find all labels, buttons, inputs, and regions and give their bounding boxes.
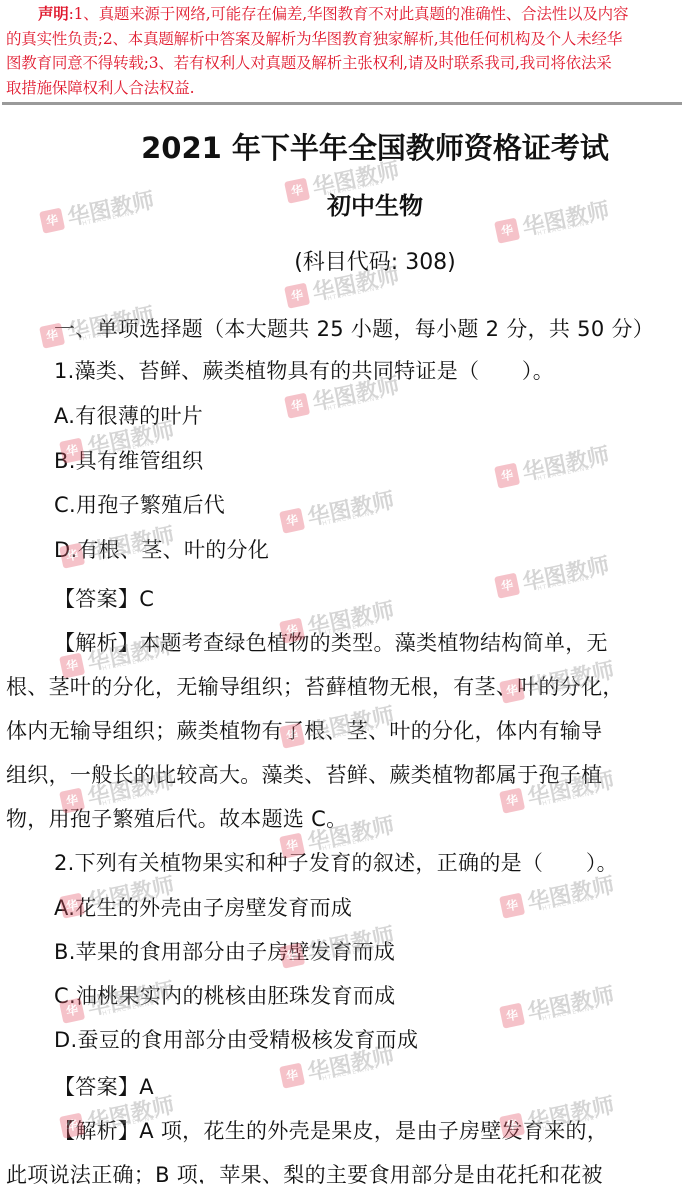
watermark: 华华图教师HTEACHER.NET <box>278 483 397 537</box>
question-2-option-b: B.苹果的食用部分由子房壁发育而成 <box>54 936 395 966</box>
disclaimer-label: 声明 <box>6 4 69 23</box>
question-1-stem: 1.藻类、苔鲜、蕨类植物具有的共同特证是（ ）。 <box>54 355 554 385</box>
disclaimer-line-3: 图教育同意不得转载;3、若有权利人对真题及解析主张权利,请及时联系我司,我司将依… <box>6 51 690 76</box>
watermark-logo-icon: 华 <box>284 282 310 308</box>
watermark-logo-icon: 华 <box>279 1062 305 1088</box>
watermark-logo-icon: 华 <box>494 217 520 243</box>
subject-code: (科目代码: 308) <box>0 245 696 276</box>
question-2-option-a: A.花生的外壳由子房壁发育而成 <box>54 892 352 922</box>
disclaimer-line-2: 的真实性负责;2、本真题解析中答案及解析为华图教育独家解析,其他任何机构及个人未… <box>6 27 690 52</box>
watermark: 华华图教师HTEACHER.NET <box>493 438 612 492</box>
watermark-logo-icon: 华 <box>494 462 520 488</box>
question-2-option-d: D.蚕豆的食用部分由受精极核发育而成 <box>54 1024 418 1054</box>
question-1-option-c: C.用孢子繁殖后代 <box>54 489 225 519</box>
disclaimer: 声明:1、真题来源于网络,可能存在偏差,华图教育不对此真题的准确性、合法性以及内… <box>6 2 690 100</box>
watermark-logo-icon: 华 <box>499 787 525 813</box>
watermark-logo-icon: 华 <box>284 392 310 418</box>
question-2-answer: 【答案】A <box>54 1071 154 1101</box>
watermark-logo-icon: 华 <box>279 507 305 533</box>
watermark-logo-icon: 华 <box>499 1002 525 1028</box>
question-2-option-c: C.油桃果实内的桃核由胚珠发育而成 <box>54 980 395 1010</box>
section-heading: 一、单项选择题（本大题共 25 小题，每小题 2 分，共 50 分） <box>54 313 654 343</box>
page-title: 2021 年下半年全国教师资格证考试 <box>0 126 696 167</box>
watermark-logo-icon: 华 <box>499 892 525 918</box>
watermark: 华华图教师HTEACHER.NET <box>493 548 612 602</box>
question-1-option-b: B.具有维管组织 <box>54 445 203 475</box>
watermark: 华华图教师HTEACHER.NET <box>498 978 617 1032</box>
divider <box>2 102 682 105</box>
question-1-analysis-line-5: 物，用孢子繁殖后代。故本题选 C。 <box>6 803 347 833</box>
disclaimer-line-1: 声明:1、真题来源于网络,可能存在偏差,华图教育不对此真题的准确性、合法性以及内… <box>6 2 690 27</box>
watermark-logo-icon: 华 <box>494 572 520 598</box>
subject-title: 初中生物 <box>0 186 696 221</box>
question-1-option-a: A.有很薄的叶片 <box>54 400 203 430</box>
question-1-analysis-line-4: 组织，一般长的比较高大。藻类、苔鲜、蕨类植物都属于孢子植 <box>6 759 602 789</box>
question-1-option-d: D.有根、茎、叶的分化 <box>54 534 269 564</box>
question-1-analysis-line-3: 体内无输导组织；蕨类植物有了根、茎、叶的分化，体内有输导 <box>6 715 602 745</box>
question-1-analysis-line-2: 根、茎叶的分化，无输导组织；苔藓植物无根，有茎、叶的分化， <box>6 671 624 701</box>
question-1-answer: 【答案】C <box>54 583 154 613</box>
question-2-analysis-line-2: 此项说法正确；B 项，苹果、梨的主要食用部分是由花托和花被 <box>6 1159 603 1184</box>
question-2-stem: 2.下列有关植物果实和种子发育的叙述，正确的是（ ）。 <box>54 847 618 877</box>
question-2-analysis-line-1: 【解析】A 项，花生的外壳是果皮，是由子房壁发育来的， <box>54 1115 608 1145</box>
question-1-analysis-line-1: 【解析】本题考查绿色植物的类型。藻类植物结构简单，无 <box>54 627 608 657</box>
disclaimer-line-4: 取措施保障权利人合法权益. <box>6 76 690 101</box>
